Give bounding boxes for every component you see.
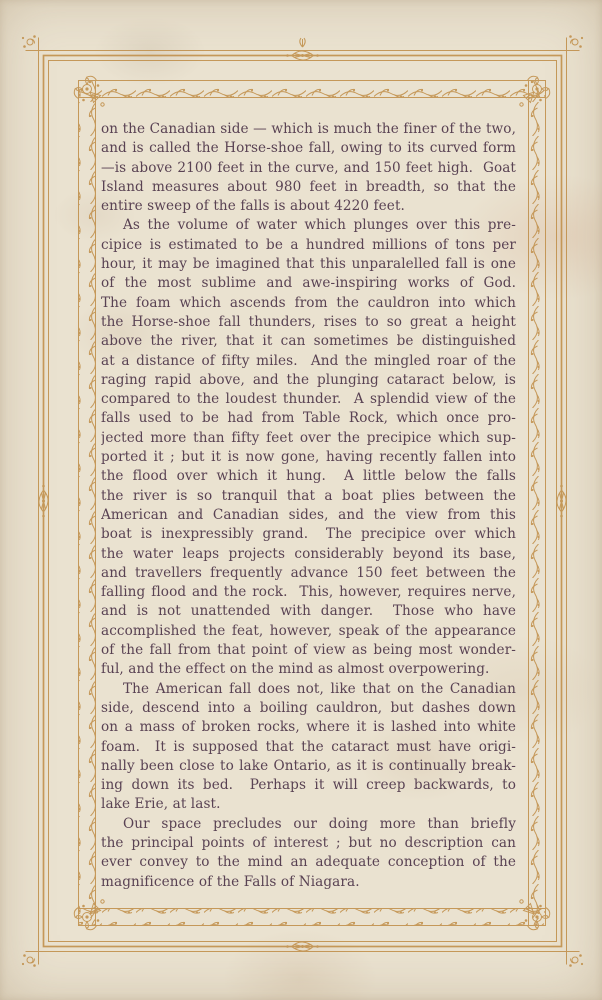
paragraph: Our space precludes our doing more than … (101, 815, 516, 892)
text-line: of the most sublime and awe-inspiring wo… (101, 274, 516, 293)
book-page: on the Canadian side — which is much the… (0, 0, 602, 1000)
page-text-block: on the Canadian side — which is much the… (101, 120, 516, 892)
text-line: the river is so tranquil that a boat pli… (101, 487, 516, 506)
text-line: accomplished the feat, however, speak of… (101, 622, 516, 641)
text-line: ever convey to the mind an adequate conc… (101, 853, 516, 872)
text-line: and travellers frequently advance 150 fe… (101, 564, 516, 583)
text-line: As the volume of water which plunges ove… (101, 216, 516, 235)
text-line: and is called the Horse-shoe fall, owing… (101, 139, 516, 158)
text-line: Our space precludes our doing more than … (101, 815, 516, 834)
paragraph: on the Canadian side — which is much the… (101, 120, 516, 216)
text-line: hour, it may be imagined that this unpar… (101, 255, 516, 274)
text-line: and is not unattended with danger. Those… (101, 602, 516, 621)
text-line: ported it ; but it is now gone, having r… (101, 448, 516, 467)
text-line: jected more than fifty feet over the pre… (101, 429, 516, 448)
text-line: at a distance of fifty miles. And the mi… (101, 352, 516, 371)
text-line: side, descend into a boiling cauldron, b… (101, 699, 516, 718)
text-line: on a mass of broken rocks, where it is l… (101, 718, 516, 737)
text-line: compared to the loudest thunder. A splen… (101, 390, 516, 409)
text-line: ful, and the effect on the mind as almos… (101, 660, 516, 679)
text-line: the Horse-shoe fall thunders, rises to s… (101, 313, 516, 332)
text-line: boat is inexpressibly grand. The precipi… (101, 525, 516, 544)
text-line: —is above 2100 feet in the curve, and 15… (101, 159, 516, 178)
text-line: the principal points of interest ; but n… (101, 834, 516, 853)
text-line: lake Erie, at last. (101, 795, 516, 814)
text-line: The foam which ascends from the cauldron… (101, 294, 516, 313)
text-line: Island measures about 980 feet in breadt… (101, 178, 516, 197)
text-line: ing down its bed. Perhaps it will creep … (101, 776, 516, 795)
text-line: cipice is estimated to be a hundred mill… (101, 236, 516, 255)
text-line: the water leaps projects considerably be… (101, 545, 516, 564)
paragraph: The American fall does not, like that on… (101, 680, 516, 815)
text-line: foam. It is supposed that the cataract m… (101, 738, 516, 757)
text-line: falling flood and the rock. This, howeve… (101, 583, 516, 602)
text-line: above the river, that it can sometimes b… (101, 332, 516, 351)
text-line: The American fall does not, like that on… (101, 680, 516, 699)
text-line: raging rapid above, and the plunging cat… (101, 371, 516, 390)
paragraph: As the volume of water which plunges ove… (101, 216, 516, 679)
text-line: magnificence of the Falls of Niagara. (101, 873, 516, 892)
text-line: nally been close to lake Ontario, as it … (101, 757, 516, 776)
text-line: on the Canadian side — which is much the… (101, 120, 516, 139)
text-line: falls used to be had from Table Rock, wh… (101, 409, 516, 428)
text-line: of the fall from that point of view as b… (101, 641, 516, 660)
text-line: entire sweep of the falls is about 4220 … (101, 197, 516, 216)
text-line: American and Canadian sides, and the vie… (101, 506, 516, 525)
text-line: the flood over which it hung. A little b… (101, 467, 516, 486)
